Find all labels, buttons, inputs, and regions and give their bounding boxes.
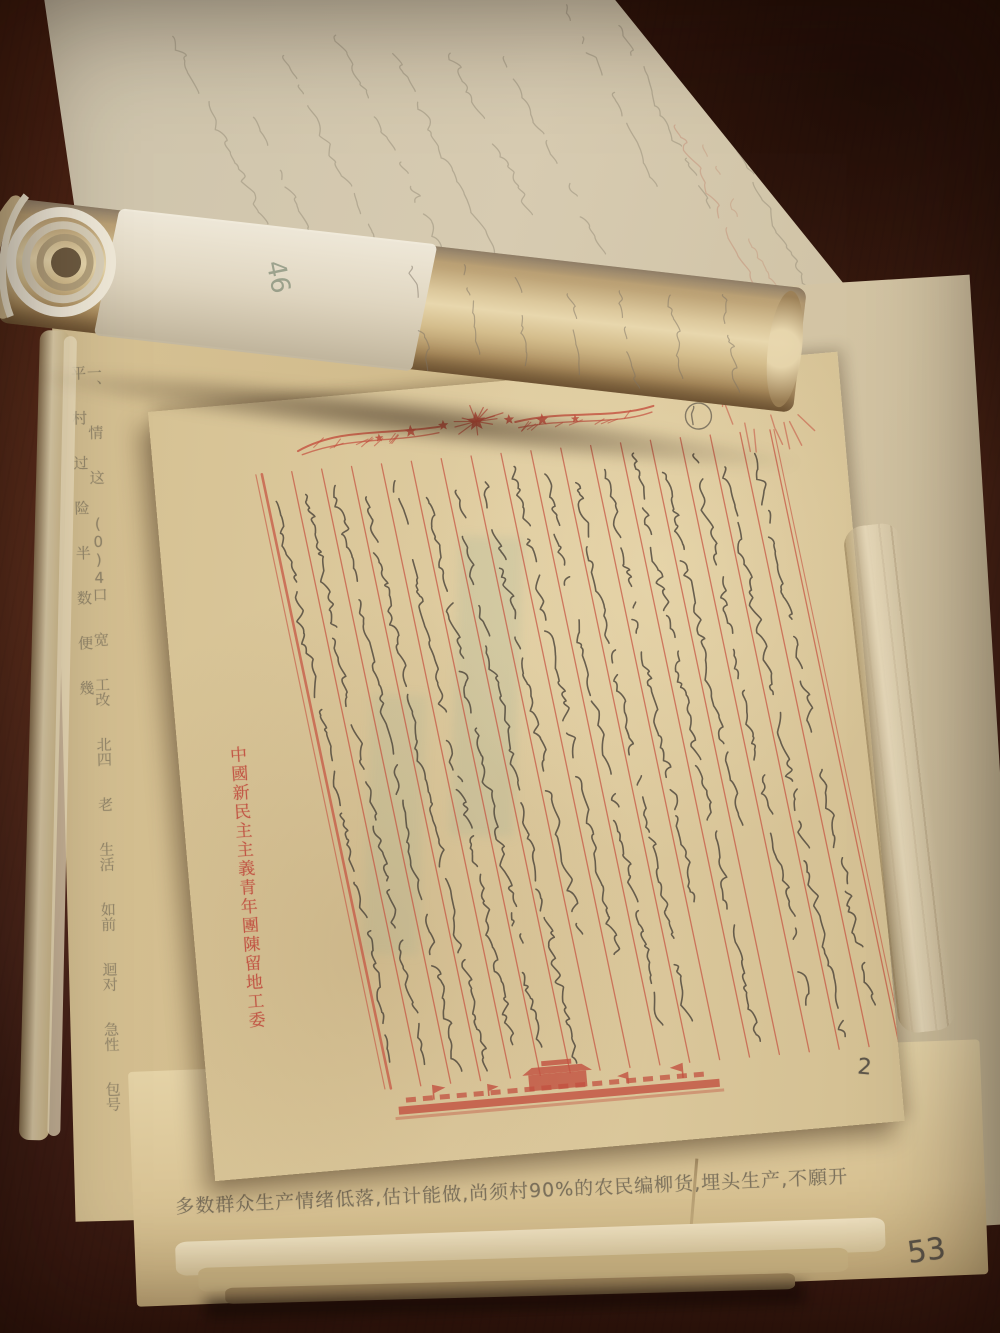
margin-number-right: 2 xyxy=(857,1055,873,1081)
left-margin-text-fragments: 一、 情 这 (0)4口 宽 工改 北四 老 生活 如前 迴对 急性 包号 平 … xyxy=(69,365,120,1126)
roll-curl-end-icon xyxy=(0,181,167,360)
archival-document-photo: 33 昌性 赴少 一、 情 这 (0)4口 宽 工改 北四 老 生活 如前 迴对… xyxy=(0,0,1000,1333)
page-number-53: 53 xyxy=(905,1231,948,1271)
